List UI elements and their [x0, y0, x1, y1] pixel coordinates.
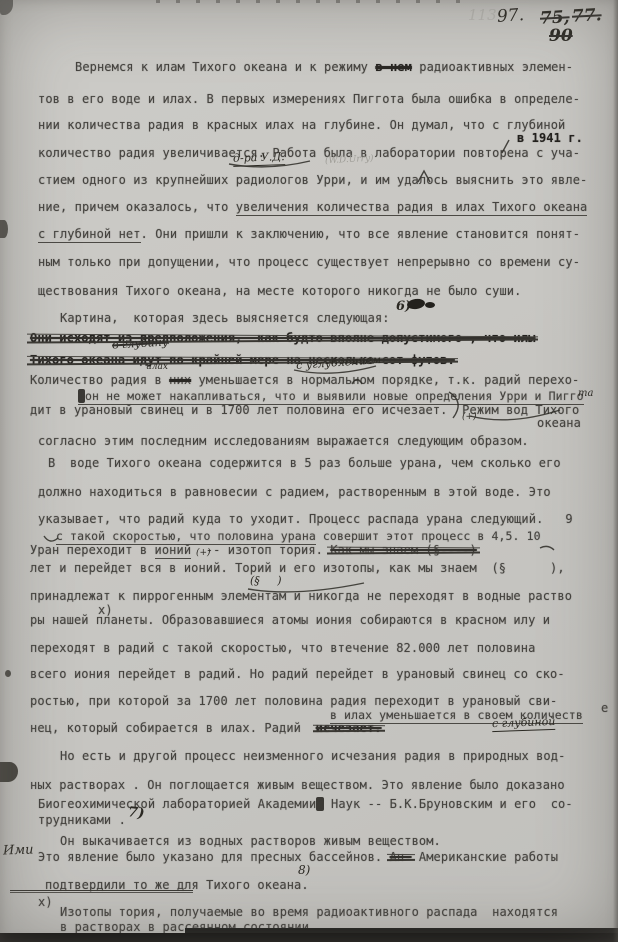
typed-line-struck: Они исходят из предположения, как будто …: [30, 331, 535, 345]
typed-text: Он выкачивается из водных растворов живы…: [60, 834, 441, 848]
typed-footnote-marker: x): [38, 895, 53, 909]
typed-text: согласно этим последним исследованиям вы…: [38, 434, 529, 448]
typed-text: Вернемся к илам Тихого океана и к режиму: [75, 60, 375, 74]
struck-text: Они исходят из предположения, как будто …: [30, 331, 535, 345]
typed-line: ществования Тихого океана, на месте кото…: [38, 284, 521, 298]
typed-text: ных растворах . Он поглощается живым вещ…: [30, 778, 565, 792]
typed-line: переходят в радий с такой скоростью, что…: [30, 641, 535, 655]
typed-line: Он выкачивается из водных растворов живы…: [60, 834, 441, 848]
scan-bottom-bar-1: [0, 933, 618, 942]
typed-line: нец, который собирается в илах. Радий ис…: [30, 721, 382, 735]
typed-text: тов в его воде и илах. В первых измерени…: [38, 92, 580, 106]
handwritten-page-number-97: 97.: [496, 5, 524, 27]
handwritten-note-plus1: (+): [462, 412, 477, 422]
typed-text: должно находиться в равновесии с радием,…: [38, 485, 551, 499]
struck-text: Тихого океана идут по крайней мере на не…: [30, 353, 455, 367]
typed-line: трудниками .: [38, 813, 126, 827]
overstruck-text: к: [316, 797, 323, 811]
struck-text: Ан-: [390, 850, 412, 864]
typed-footnote-line: Изотопы тория, получаемые во время радио…: [60, 905, 558, 919]
typed-text: радиоактивных элемен-: [412, 60, 573, 74]
typed-text: океана: [537, 416, 581, 430]
handwritten-page-number-77: 77.: [571, 5, 602, 27]
typed-text: Наук -- Б.К.Бруновским и его со-: [324, 797, 573, 811]
typed-line: океана: [537, 416, 581, 430]
typed-line: ры нашей планеты. Образовавшиеся атомы и…: [30, 613, 550, 627]
handwritten-note-ta: та: [578, 388, 593, 399]
handwritten-note-urry: (W.D.Urry): [325, 154, 374, 167]
scan-top-edge-fragments: [140, 0, 470, 3]
typed-text: Количество радия в: [30, 373, 169, 387]
typed-line: ных растворах . Он поглощается живым вещ…: [30, 778, 565, 792]
typed-text: ние, причем оказалось, что: [38, 200, 236, 214]
typed-line: указывает, что радий куда то уходит. Про…: [38, 512, 573, 526]
handwritten-note-sglubinoy: с глубиной: [492, 715, 556, 730]
typed-text: совершит этот процесс в 4,5. 10: [316, 529, 541, 543]
typed-text: ществования Тихого океана, на месте кото…: [38, 284, 521, 298]
typed-text: в 1941 г.: [517, 131, 583, 145]
typed-line: стием одного из крупнейших радиологов Ур…: [38, 173, 587, 187]
typed-line: должно находиться в равновесии с радием,…: [38, 485, 551, 499]
typed-text: Это явление было указано для пресных бас…: [38, 850, 390, 864]
typed-text: принадлежат к пиррогенным элементам и ни…: [30, 589, 572, 603]
typed-text: . Они пришли к заключению, что все явлен…: [141, 227, 580, 241]
typed-text: е: [601, 701, 608, 715]
handwritten-note-plus2: (+): [196, 548, 211, 558]
typed-text: Картина, которая здесь выясняется следую…: [60, 311, 390, 325]
overstruck-text: ф: [78, 389, 85, 403]
typed-text: Уран переходит в: [30, 543, 155, 557]
typed-line: тов в его воде и илах. В первых измерени…: [38, 92, 580, 106]
typed-text: уменьшается в нормальном порядке, т.к. р…: [191, 373, 579, 387]
handwritten-text: д-ра У.Д.: [233, 150, 285, 167]
handwritten-note-doctor: д-ра У.Д.: [233, 150, 285, 165]
handwritten-page-number-90: 90: [549, 26, 573, 46]
typed-text: ным только при допущении, что процесс су…: [38, 255, 580, 269]
underlined-text: ионий: [155, 543, 192, 559]
typed-text: В воде Тихого океана содержится в 5 раз …: [48, 456, 561, 470]
typed-line: Но есть и другой процесс неизменного исч…: [60, 749, 565, 763]
typed-line: нии количества радия в красных илах на г…: [38, 118, 565, 132]
typed-text: Изотопы тория, получаемые во время радио…: [60, 905, 558, 919]
typed-insert-line: с такой скоростью, что половина урана со…: [56, 529, 541, 543]
typed-text: всего иония перейдет в радий. Но радий п…: [30, 667, 565, 681]
scan-blotch-top-left: [0, 0, 13, 15]
typed-text: Но есть и другой процесс неизменного исч…: [60, 749, 565, 763]
typed-line-struck: Тихого океана идут по крайней мере на не…: [30, 353, 455, 367]
typed-text: нец, который собирается в илах. Радий: [30, 721, 316, 735]
typed-line: Биогеохимической лабораторией Академиик …: [38, 797, 573, 811]
typed-text: указывает, что радий куда то уходит. Про…: [38, 512, 573, 526]
document-page: 113 97. 75, 77. 90 Вернемся к илам Тихог…: [0, 0, 618, 942]
handwritten-note-vglubinu: в глубину: [112, 336, 169, 352]
strike-tail: [540, 546, 554, 550]
typed-text: дит в урановый свинец и в 1700 лет полов…: [30, 403, 448, 417]
struck-text: в нем: [375, 60, 412, 74]
typed-line: ростью, при которой за 1700 лет половина…: [30, 694, 557, 708]
typed-line: Количество радия в них уменьшается в нор…: [30, 373, 579, 387]
typed-insert-year: в 1941 г.: [517, 131, 583, 145]
handwritten-note-8: 8): [298, 863, 310, 877]
typed-line: дит в урановый свинец и в 1700 лет полов…: [30, 403, 579, 417]
typed-text: Американские работы: [412, 850, 559, 864]
typed-line: ным только при допущении, что процесс су…: [38, 255, 580, 269]
typed-text: трудниками .: [38, 813, 126, 827]
typed-line: лет и перейдет вся в ионий. Торий и его …: [30, 561, 565, 575]
typed-line: Уран переходит в ионий -- изотоп тория. …: [30, 543, 477, 557]
typed-text: ры нашей планеты. Образовавшиеся атомы и…: [30, 613, 550, 627]
typed-text: лет и перейдет вся в ионий. Торий и его …: [30, 561, 565, 575]
typed-line: с глубиной нет. Они пришли к заключению,…: [38, 227, 580, 241]
underlined-text: увеличения количества радия в илах Тихог…: [236, 200, 588, 216]
typed-text: ростью, при которой за 1700 лет половина…: [30, 694, 557, 708]
handwritten-note-ilah: илах: [146, 362, 168, 372]
typed-text: переходят в радий с такой скоростью, что…: [30, 641, 535, 655]
typed-text-wrap-char: е: [601, 701, 608, 715]
handwritten-note-paragraph-ref: (§ ): [250, 574, 282, 587]
handwritten-note-imi: Ими: [3, 842, 34, 858]
typed-text: стием одного из крупнейших радиологов Ур…: [38, 173, 587, 187]
typed-line: В воде Тихого океана содержится в 5 раз …: [48, 456, 561, 470]
typed-line: согласно этим последним исследованиям вы…: [38, 434, 529, 448]
typed-text: количество радия увеличивается. Работа б…: [38, 146, 580, 160]
typed-text: x): [38, 895, 53, 909]
typed-text: Биогеохимической лабораторией Академии: [38, 797, 316, 811]
typed-line: Это явление было указано для пресных бас…: [38, 850, 558, 864]
handwritten-note-7: 7): [127, 804, 145, 822]
typed-line: принадлежат к пиррогенным элементам и ни…: [30, 589, 572, 603]
struck-text: Как мы знаем (§----): [330, 543, 477, 557]
handwritten-note-6: 6): [396, 299, 411, 314]
scan-blotch-left-2: [5, 670, 11, 677]
handwritten-page-number-113: 113: [468, 6, 497, 24]
scan-right-edge: [613, 0, 618, 942]
footnote-divider: [10, 890, 193, 893]
scan-blotch-left-3: [0, 762, 18, 782]
typed-text: он не может накапливаться, что и выявили…: [85, 389, 584, 403]
underlined-text: с глубиной нет: [38, 227, 141, 243]
typed-line: всего иония перейдет в радий. Но радий п…: [30, 667, 565, 681]
struck-text: исчезает.: [316, 721, 382, 735]
typed-text: -- изотоп тория.: [191, 543, 330, 557]
struck-text: них: [169, 373, 191, 387]
typed-line: ние, причем оказалось, что увеличения ко…: [38, 200, 587, 214]
typed-line: Вернемся к илам Тихого океана и к режиму…: [75, 60, 573, 74]
typed-text: нии количества радия в красных илах на г…: [38, 118, 565, 132]
handwritten-text: с глубиной: [492, 715, 556, 732]
typed-line: количество радия увеличивается. Работа б…: [38, 146, 580, 160]
scan-blotch-left-1: [0, 220, 8, 238]
typed-line: Картина, которая здесь выясняется следую…: [60, 311, 390, 325]
typed-insert-line: фон не может накапливаться, что и выявил…: [78, 389, 584, 403]
